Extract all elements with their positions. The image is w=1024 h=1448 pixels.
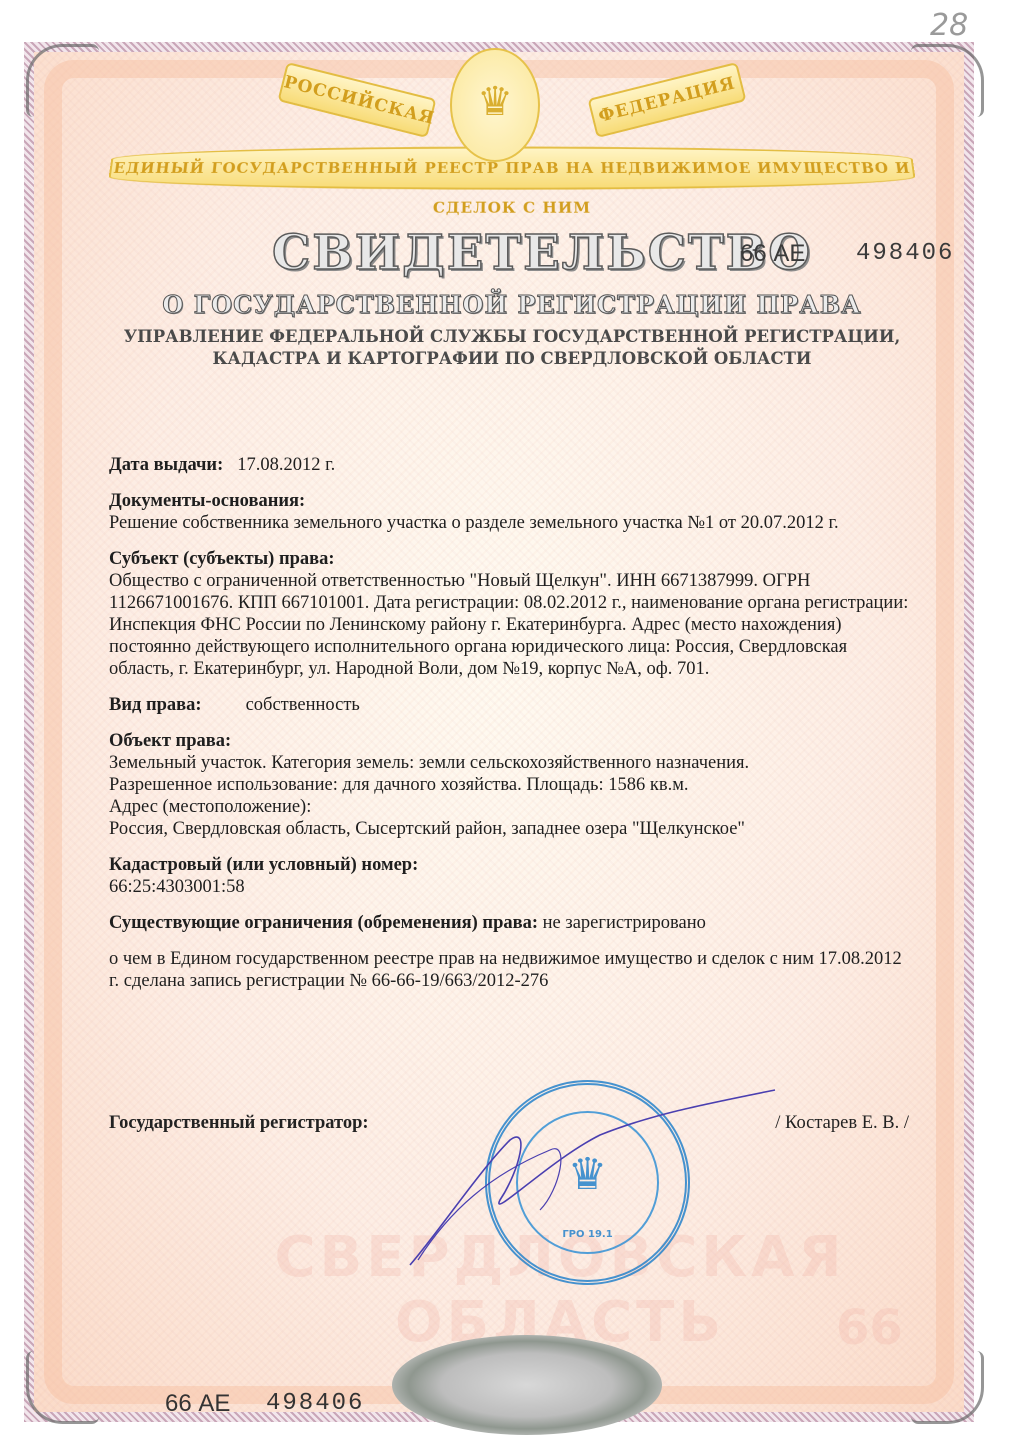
registrar-label: Государственный регистратор:: [109, 1113, 369, 1134]
issue-date-field: Дата выдачи:17.08.2012 г.: [109, 454, 909, 476]
registrar-name: / Костарев Е. В. /: [775, 1113, 909, 1134]
certificate-subtitle: О ГОСУДАРСТВЕННОЙ РЕГИСТРАЦИИ ПРАВА: [0, 290, 1024, 319]
registrar-signature: [400, 1080, 780, 1280]
object-line-2: Разрешенное использование: для дачного х…: [109, 774, 909, 796]
issuing-authority: УПРАВЛЕНИЕ ФЕДЕРАЛЬНОЙ СЛУЖБЫ ГОСУДАРСТВ…: [0, 326, 1024, 370]
issue-date-value: 17.08.2012 г.: [237, 455, 335, 475]
right-type-field: Вид права:собственность: [109, 694, 909, 716]
issue-date-label: Дата выдачи:: [109, 455, 223, 475]
basis-documents-field: Документы-основания: Решение собственник…: [109, 490, 909, 534]
registry-record-note: о чем в Едином государственном реестре п…: [109, 948, 909, 992]
serial-series-bottom: 66 АЕ: [165, 1390, 230, 1418]
authority-line-1: УПРАВЛЕНИЕ ФЕДЕРАЛЬНОЙ СЛУЖБЫ ГОСУДАРСТВ…: [0, 326, 1024, 348]
cadastral-value: 66:25:4303001:58: [109, 876, 909, 898]
region-code-watermark: 66: [836, 1300, 903, 1356]
certificate-title: СВИДЕТЕЛЬСТВО: [272, 225, 812, 281]
double-headed-eagle-icon: ♛: [452, 78, 538, 125]
handwritten-page-number: 28: [930, 8, 968, 43]
cadastral-label: Кадастровый (или условный) номер:: [109, 854, 909, 876]
state-emblem: ♛: [450, 48, 540, 162]
serial-series: 66 АЕ: [740, 240, 805, 268]
object-label: Объект права:: [109, 730, 909, 752]
object-line-4: Россия, Свердловская область, Сысертский…: [109, 818, 909, 840]
right-type-label: Вид права:: [109, 695, 202, 715]
basis-documents-value: Решение собственника земельного участка …: [109, 512, 909, 534]
serial-number-bottom: 498406: [266, 1390, 364, 1417]
subjects-field: Субъект (субъекты) права: Общество с огр…: [109, 548, 909, 680]
right-type-value: собственность: [246, 695, 360, 715]
corner-ornament-icon: [26, 44, 99, 117]
serial-number: 498406: [856, 240, 954, 267]
authority-line-2: КАДАСТРА И КАРТОГРАФИИ ПО СВЕРДЛОВСКОЙ О…: [0, 348, 1024, 370]
object-line-3: Адрес (местоположение):: [109, 796, 909, 818]
security-rosette: [392, 1335, 662, 1435]
encumbrances-label: Существующие ограничения (обременения) п…: [109, 913, 538, 933]
corner-ornament-icon: [26, 1351, 99, 1424]
encumbrances-value: не зарегистрировано: [543, 913, 706, 933]
subjects-value: Общество с ограниченной ответственностью…: [109, 570, 909, 680]
cadastral-field: Кадастровый (или условный) номер: 66:25:…: [109, 854, 909, 898]
encumbrances-field: Существующие ограничения (обременения) п…: [109, 912, 909, 934]
object-field: Объект права: Земельный участок. Категор…: [109, 730, 909, 840]
basis-documents-label: Документы-основания:: [109, 490, 909, 512]
certificate-body: Дата выдачи:17.08.2012 г. Документы-осно…: [109, 454, 909, 992]
corner-ornament-icon: [911, 44, 984, 117]
corner-ornament-icon: [911, 1351, 984, 1424]
object-line-1: Земельный участок. Категория земель: зем…: [109, 752, 909, 774]
subjects-label: Субъект (субъекты) права:: [109, 548, 909, 570]
